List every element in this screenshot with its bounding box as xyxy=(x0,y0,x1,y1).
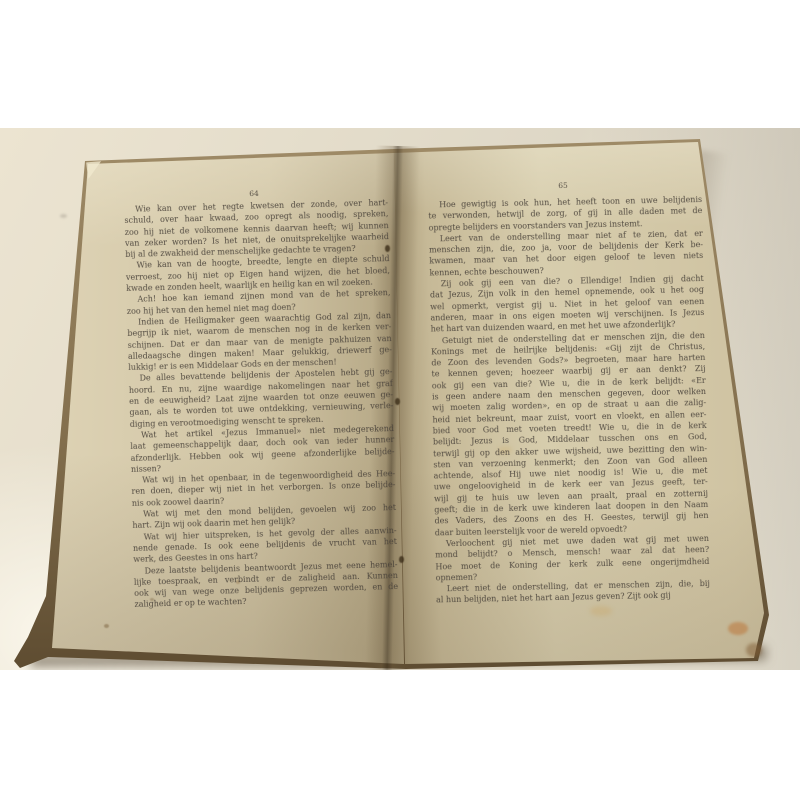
page-number-left: 64 xyxy=(239,189,269,199)
binding-stitch xyxy=(395,398,400,405)
stain xyxy=(590,606,612,616)
page-text-right: Hoe gewigtig is ook hun, het heeft toon … xyxy=(428,194,710,606)
stain xyxy=(746,643,762,657)
binding-stitch xyxy=(399,556,404,563)
photo-canvas: 64 65 Wie kan over het regte kwetsen der… xyxy=(0,0,800,800)
stain xyxy=(728,622,748,635)
photo-background: 64 65 Wie kan over het regte kwetsen der… xyxy=(0,128,800,670)
stain xyxy=(104,624,109,628)
table-speck xyxy=(60,214,67,218)
page-text-left: Wie kan over het regte kwetsen der zonde… xyxy=(124,197,399,610)
page-number-right: 65 xyxy=(548,181,578,191)
